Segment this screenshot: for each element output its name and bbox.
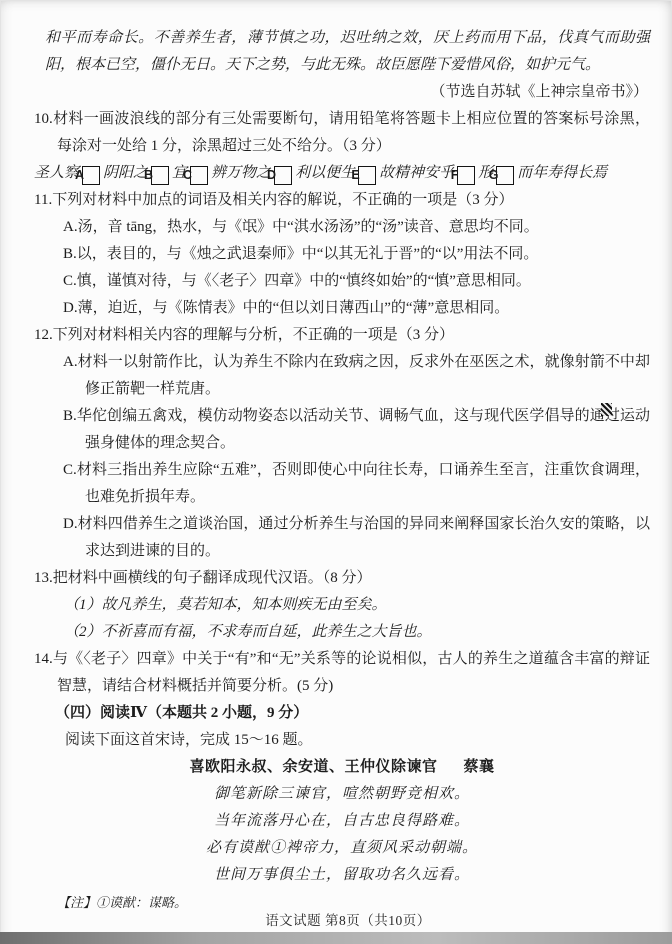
q11-option-a: A.汤，音 tāng，热水，与《氓》中“淇水汤汤”的“汤”读音、意思均不同。 xyxy=(63,214,650,241)
sentence-segment-4: 辨万物之 xyxy=(211,165,271,181)
q12-option-a: A.材料一以射箭作比，认为养生不除内在致病之因，反求外在巫医之术，就像射箭不中却… xyxy=(34,349,650,403)
question-14-number: 14. xyxy=(34,651,53,667)
q12-option-c: C.材料三指出养生应除“五难”，否则即使心中向往长寿，口诵养生至言，注重饮食调理… xyxy=(34,457,650,511)
poem-line-2: 当年流落丹心在，自古忠良得路难。 xyxy=(34,808,650,835)
poem-line-3: 必有谟猷①裨帝力，直须风采动朝端。 xyxy=(34,835,650,862)
question-11-text: 下列对材料中加点的词语及相关内容的解说，不正确的一项是（3 分） xyxy=(52,192,513,208)
q12-option-b: B.华佗创编五禽戏，模仿动物姿态以活动关节、调畅气血，这与现代医学倡导的通过运动… xyxy=(34,403,650,457)
passage-source: （节选自苏轼《上神宗皇帝书》） xyxy=(34,79,648,106)
classical-passage: 和平而寿命长。不善养生者，薄节慎之功，迟吐纳之效，厌上药而用下品，伐真气而助强阳… xyxy=(45,25,650,79)
sentence-segment-6: 故精神安乎 xyxy=(379,165,454,181)
question-10-text: 材料一画波浪线的部分有三处需要断句，请用铅笔将答题卡上相应位置的答案标号涂黑，每… xyxy=(53,111,650,154)
question-13-stem: 13.把材料中画横线的句子翻译成现代汉语。（8 分） xyxy=(34,565,650,592)
answer-box-f: F xyxy=(457,166,475,185)
page-content: 和平而寿命长。不善养生者，薄节慎之功，迟吐纳之效，厌上药而用下品，伐真气而助强阳… xyxy=(0,0,672,916)
question-13-text: 把材料中画横线的句子翻译成现代汉语。（8 分） xyxy=(53,570,372,586)
q13-item-2: （2）不祈喜而有福，不求寿而自延，此养生之大旨也。 xyxy=(64,619,650,646)
question-14-stem: 14.与《〈老子〉四章》中关于“有”和“无”关系等的论说相似，古人的养生之道蕴含… xyxy=(34,646,650,700)
exam-page: 和平而寿命长。不善养生者，薄节慎之功，迟吐纳之效，厌上药而用下品，伐真气而助强阳… xyxy=(0,0,672,944)
sentence-segment-8: 而年寿得长焉 xyxy=(517,165,607,181)
answer-box-g: G xyxy=(496,166,514,185)
ink-smudge-artifact xyxy=(601,403,612,416)
q12-option-d: D.材料四借养生之道谈治国，通过分析养生与治国的异同来阐释国家长治久安的策略，以… xyxy=(34,511,650,565)
q13-item-1: （1）故凡养生，莫若知本，知本则疾无由至矣。 xyxy=(64,592,650,619)
question-12-text: 下列对材料相关内容的理解与分析，不正确的一项是（3 分） xyxy=(53,327,454,343)
poem-line-1: 御笔新除三谏官，喧然朝野竞相欢。 xyxy=(34,781,650,808)
answer-box-a: A xyxy=(82,166,100,185)
poem-title: 喜欧阳永叔、余安道、王仲仪除谏官 xyxy=(189,759,437,775)
q11-option-d: D.薄，迫近，与《陈情表》中的“但以刘日薄西山”的“薄”意思相同。 xyxy=(63,295,650,322)
scan-edge-band xyxy=(0,932,672,944)
section-4-heading: （四）阅读Ⅳ（本题共 2 小题，9 分） xyxy=(55,700,650,727)
q10-answer-sentence: 圣人察A阴阳之B宜C辨万物之D利以便生E故精神安乎F形G而年寿得长焉 xyxy=(34,160,650,187)
poem-title-line: 喜欧阳永叔、余安道、王仲仪除谏官蔡襄 xyxy=(34,754,650,781)
question-10-number: 10. xyxy=(34,111,53,127)
question-11-number: 11. xyxy=(34,192,52,208)
sentence-segment-1: 圣人察 xyxy=(34,165,79,181)
question-11-stem: 11.下列对材料中加点的词语及相关内容的解说，不正确的一项是（3 分） xyxy=(34,187,650,214)
answer-box-d: D xyxy=(274,166,292,185)
section-4-intro: 阅读下面这首宋诗，完成 15～16 题。 xyxy=(65,727,650,754)
poem-author: 蔡襄 xyxy=(464,759,495,775)
sentence-segment-5: 利以便生 xyxy=(295,165,355,181)
answer-box-b: B xyxy=(151,166,169,185)
poem-line-4: 世间万事俱尘土，留取功名久远看。 xyxy=(34,862,650,889)
question-12-number: 12. xyxy=(34,327,53,343)
sentence-segment-2: 阴阳之 xyxy=(103,165,148,181)
question-10-stem: 10.材料一画波浪线的部分有三处需要断句，请用铅笔将答题卡上相应位置的答案标号涂… xyxy=(34,106,650,160)
q11-option-b: B.以，表目的，与《烛之武退秦师》中“以其无礼于晋”的“以”用法不同。 xyxy=(63,241,650,268)
question-12-stem: 12.下列对材料相关内容的理解与分析，不正确的一项是（3 分） xyxy=(34,322,650,349)
answer-box-c: C xyxy=(190,166,208,185)
q11-option-c: C.慎，谨慎对待，与《〈老子〉四章》中的“慎终如始”的“慎”意思相同。 xyxy=(63,268,650,295)
page-footer: 语文试题 第8页（共10页） xyxy=(24,909,672,929)
answer-box-e: E xyxy=(358,166,376,185)
question-14-text: 与《〈老子〉四章》中关于“有”和“无”关系等的论说相似，古人的养生之道蕴含丰富的… xyxy=(53,651,650,694)
question-13-number: 13. xyxy=(34,570,53,586)
